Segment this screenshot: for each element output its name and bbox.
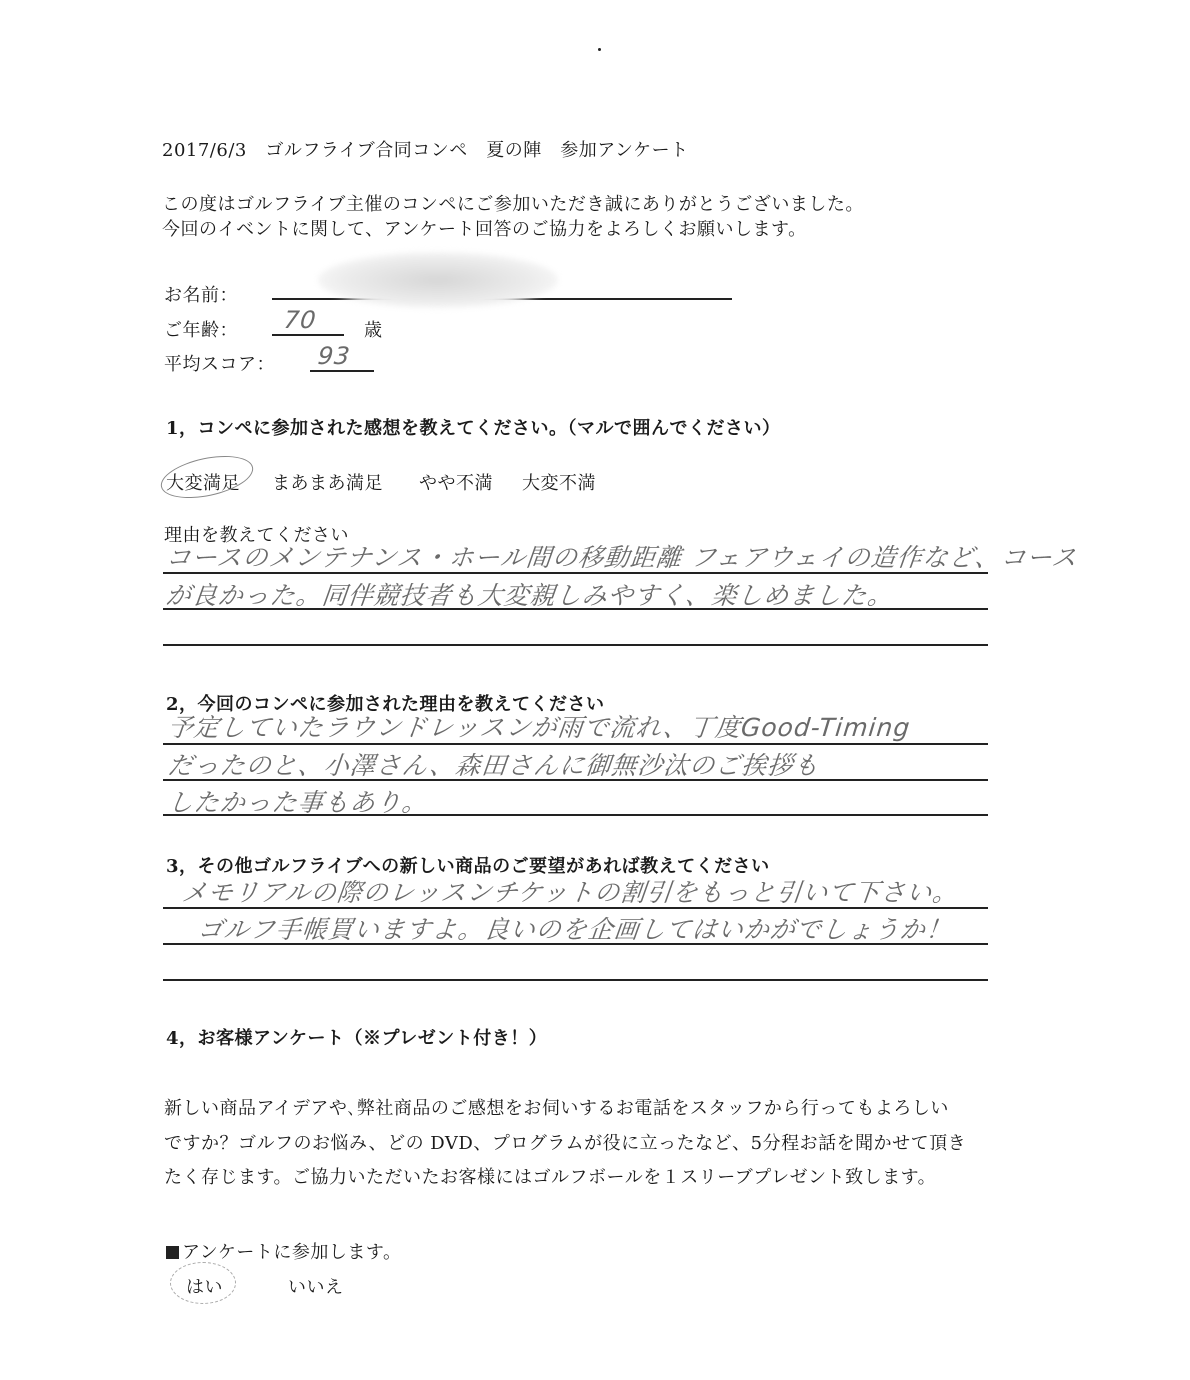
q2-answer-rule-3: [163, 814, 988, 816]
q2-answer-rule-2: [163, 779, 988, 781]
name-label: お名前：: [164, 281, 238, 307]
q3-answer-line-1: メモリアルの際のレッスンチケットの割引をもっと引いて下さい。: [180, 873, 960, 909]
q3-answer-rule-3: [163, 979, 988, 981]
black-square-icon: [166, 1246, 179, 1259]
q1-option-very-dissatisfied[interactable]: 大変不満: [522, 469, 596, 495]
q3-answer-rule-2: [163, 943, 988, 945]
q3-answer-line-2: ゴルフ手帳買いますよ。良いのを企画してはいかがでしょうか！: [196, 910, 954, 946]
survey-title: 2017/6/3 ゴルフライブ合同コンペ 夏の陣 参加アンケート: [162, 136, 689, 162]
q4-body-line-1: 新しい商品アイデアや､弊社商品のご感想をお伺いするお電話をスタッフから行ってもよ…: [164, 1094, 949, 1120]
q2-answer-line-1: 予定していたラウンドレッスンが雨で流れ、丁度Good-Timing: [166, 708, 912, 744]
intro-line-1: この度はゴルフライブ主催のコンペにご参加いただき誠にありがとうございました。: [162, 190, 864, 216]
q1-option-somewhat-dissatisfied[interactable]: やや不満: [419, 469, 493, 495]
q4-selection-circle: [170, 1262, 236, 1304]
scan-speck: [598, 48, 601, 51]
age-label: ご年齢：: [164, 316, 238, 342]
q1-answer-line-1: コースのメンテナンス・ホール間の移動距離 フェアウェイの造作など、コース: [164, 538, 1079, 574]
q1-answer-rule-2: [163, 608, 988, 610]
q1-answer-rule-1: [163, 572, 988, 574]
age-unit: 歳: [364, 316, 383, 342]
participate-row: アンケートに参加します。: [166, 1238, 401, 1264]
q4-body-line-2: ですか？ゴルフのお悩み、どの DVD、プログラムが役に立ったなど、5分程お話を聞…: [164, 1129, 966, 1155]
score-value: 93: [317, 342, 352, 370]
score-field-line[interactable]: [310, 370, 374, 372]
q1-answer-line-2: が良かった。同伴競技者も大変親しみやすく、楽しめました。: [164, 576, 895, 612]
name-redaction-blur: [318, 252, 558, 308]
q4-option-no[interactable]: いいえ: [288, 1273, 344, 1299]
q4-body-line-3: たく存じます。ご協力いただいたお客様にはゴルフボールを１スリーブプレゼント致しま…: [164, 1163, 936, 1189]
q4-heading: 4，お客様アンケート（※プレゼント付き！）: [166, 1024, 547, 1050]
q1-heading: 1，コンペに参加された感想を教えてください。（マルで囲んでください）: [166, 414, 781, 440]
score-label: 平均スコア：: [164, 350, 275, 376]
q2-answer-rule-1: [163, 743, 988, 745]
q2-answer-line-2: だったのと、小澤さん、森田さんに御無沙汰のご挨拶も: [166, 746, 821, 782]
q1-answer-rule-3: [163, 644, 988, 646]
q1-selection-circle: [157, 449, 257, 506]
age-field-line[interactable]: [272, 334, 344, 336]
q3-answer-rule-1: [163, 907, 988, 909]
age-value: 70: [283, 306, 318, 334]
q1-option-somewhat-satisfied[interactable]: まあまあ満足: [272, 469, 383, 495]
intro-line-2: 今回のイベントに関して、アンケート回答のご協力をよろしくお願いします。: [162, 215, 807, 241]
participate-label: アンケートに参加します。: [182, 1242, 401, 1263]
